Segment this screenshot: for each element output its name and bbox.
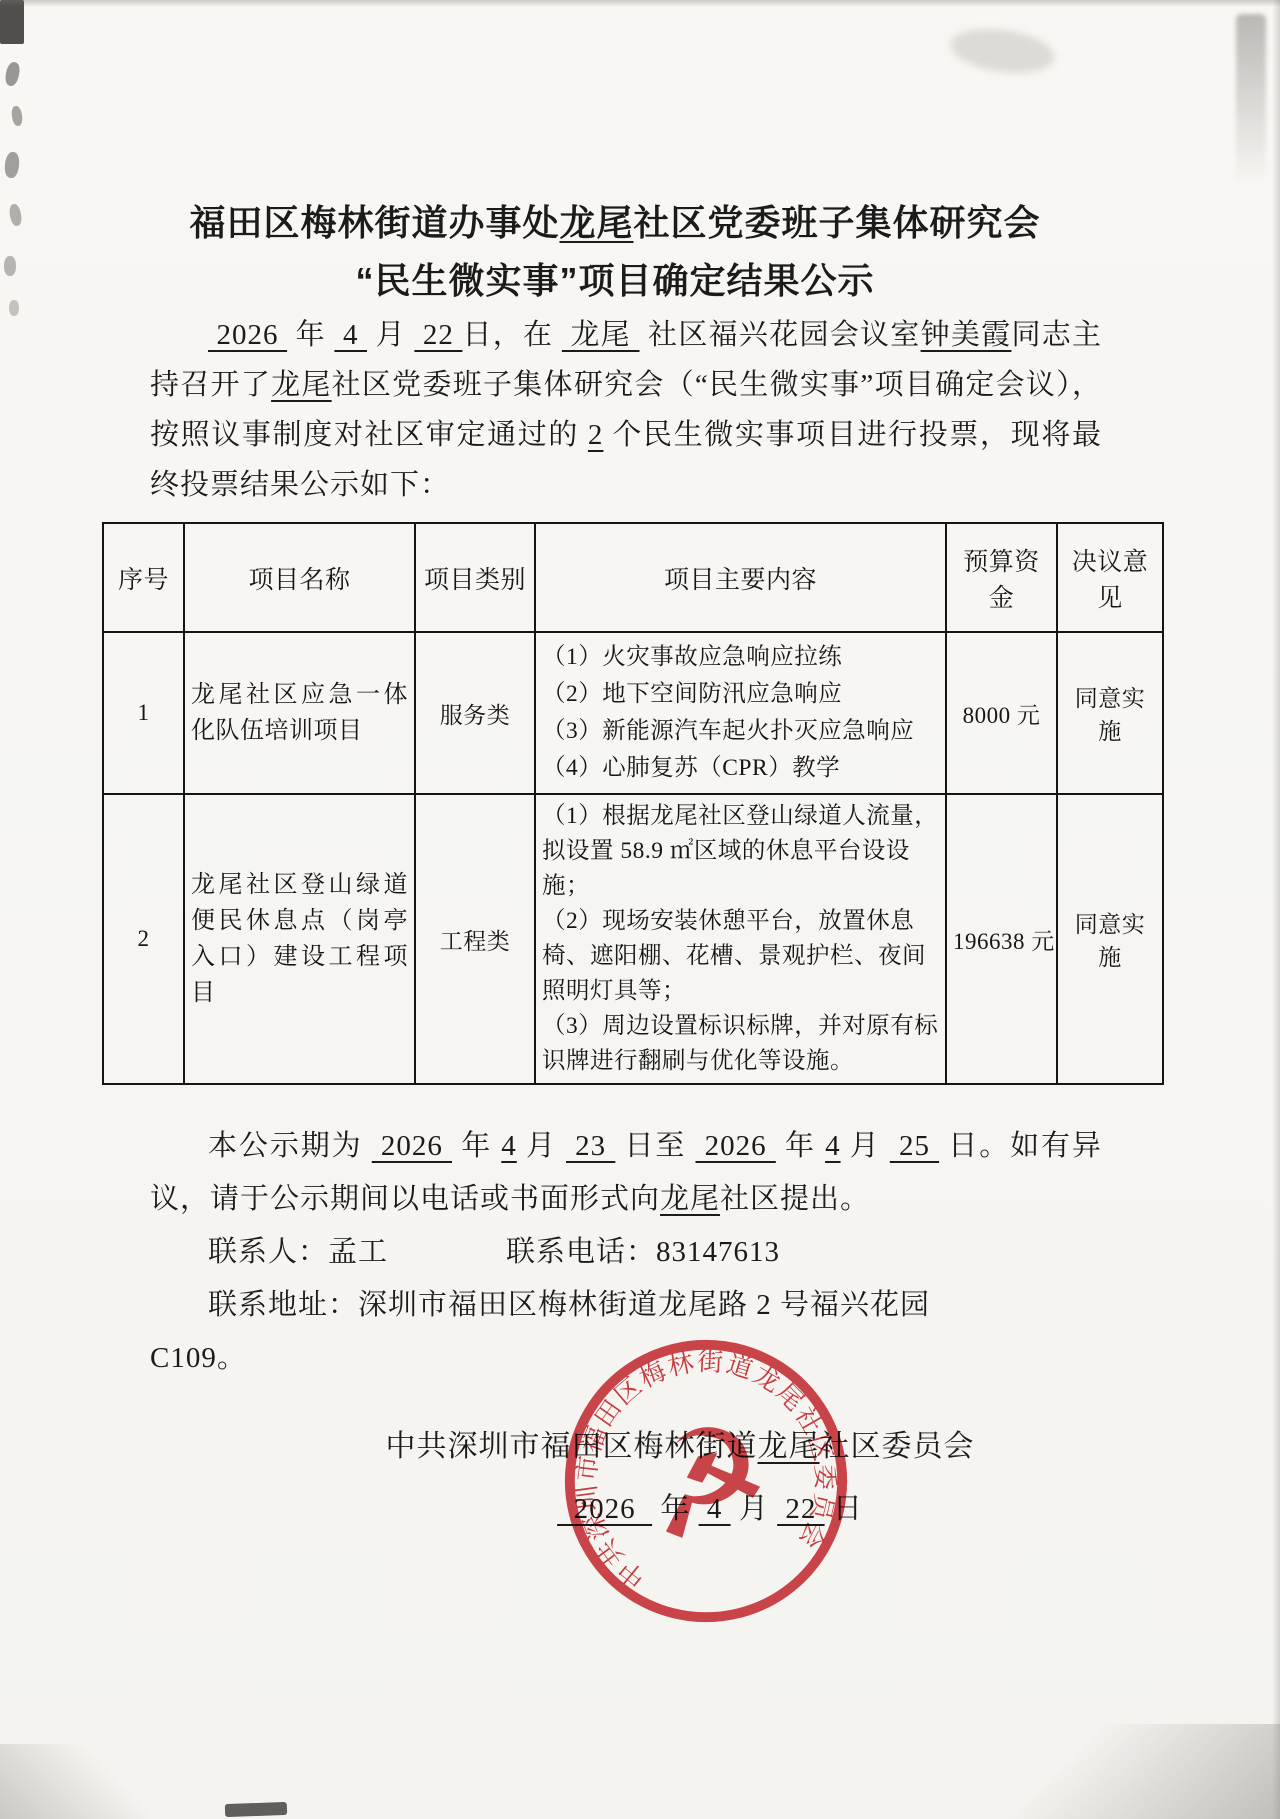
contact-phone: 联系电话：83147613: [506, 1236, 780, 1268]
cell-decision: 同意实施: [1057, 632, 1163, 794]
scan-artifact-mark: [4, 151, 21, 178]
intro-paragraph: 2026 年 4 月 22 日，在 龙尾 社区福兴花园会议室钟美霞同志主持召开了…: [150, 310, 1102, 510]
content-line: （4）心肺复苏（CPR）教学: [542, 750, 939, 787]
bottom-block: 本公示期为 2026 年 4 月 23 日至 2026 年 4 月 25 日。如…: [150, 1120, 1102, 1385]
table-row: 1 龙尾社区应急一体化队伍培训项目 服务类 （1）火灾事故应急响应拉练 （2）地…: [103, 632, 1163, 794]
cell-no: 1: [103, 632, 184, 794]
scan-artifact-corner-block: [0, 0, 24, 44]
header-cell-no: 序号: [103, 523, 184, 632]
cell-category: 工程类: [415, 794, 535, 1084]
content-line: （3）新能源汽车起火扑灭应急响应: [542, 713, 939, 750]
cell-budget: 196638 元: [946, 794, 1057, 1084]
contact-person: 联系人：孟工: [208, 1236, 388, 1268]
cell-project-name: 龙尾社区登山绿道便民休息点（岗亭入口）建设工程项目: [184, 794, 415, 1084]
cell-content: （1）根据龙尾社区登山绿道人流量，拟设置 58.9 ㎡区域的休息平台设设施； （…: [535, 794, 946, 1084]
document-title-line2: “民生微实事”项目确定结果公示: [0, 252, 1230, 310]
cell-project-name: 龙尾社区应急一体化队伍培训项目: [184, 632, 415, 794]
cell-category: 服务类: [415, 632, 535, 794]
content-line: （1）根据龙尾社区登山绿道人流量，拟设置 58.9 ㎡区域的休息平台设设施；: [542, 799, 939, 904]
content-line: （3）周边设置标识标牌，并对原有标识牌进行翻刷与优化等设施。: [542, 1009, 939, 1079]
contact-address-line1: 联系地址：深圳市福田区梅林街道龙尾路 2 号福兴花园: [150, 1279, 1102, 1332]
scanned-notice-page: 福田区梅林街道办事处龙尾社区党委班子集体研究会 “民生微实事”项目确定结果公示 …: [0, 0, 1280, 1819]
header-cell-name: 项目名称: [184, 523, 415, 632]
document-title-line1: 福田区梅林街道办事处龙尾社区党委班子集体研究会: [0, 194, 1230, 252]
scan-artifact-edge: [1272, 0, 1280, 1819]
table-header-row: 序号 项目名称 项目类别 项目主要内容 预算资金 决议意见: [103, 523, 1163, 632]
scan-artifact-corner-shade: [980, 1724, 1280, 1819]
scan-artifact-corner-shade: [0, 1744, 150, 1819]
scan-artifact-smudge: [948, 23, 1058, 79]
scan-artifact-mark: [225, 1802, 287, 1817]
scan-artifact-mark: [11, 105, 24, 126]
header-cell-budget: 预算资金: [946, 523, 1057, 632]
document-title: 福田区梅林街道办事处龙尾社区党委班子集体研究会 “民生微实事”项目确定结果公示: [0, 194, 1230, 310]
cell-budget: 8000 元: [946, 632, 1057, 794]
scan-artifact-mark: [4, 61, 22, 87]
notice-period-paragraph: 本公示期为 2026 年 4 月 23 日至 2026 年 4 月 25 日。如…: [150, 1120, 1102, 1226]
cell-decision: 同意实施: [1057, 794, 1163, 1084]
content-line: （2）现场安装休憩平台，放置休息椅、遮阳棚、花槽、景观护栏、夜间照明灯具等；: [542, 904, 939, 1009]
scan-artifact-streak: [1236, 14, 1266, 184]
header-cell-category: 项目类别: [415, 523, 535, 632]
content-line: （1）火灾事故应急响应拉练: [542, 639, 939, 676]
header-cell-content: 项目主要内容: [535, 523, 946, 632]
hammer-sickle-emblem-icon: ☭: [626, 1389, 787, 1578]
cell-no: 2: [103, 794, 184, 1084]
scan-artifact-edge: [0, 0, 1280, 7]
content-line: （2）地下空间防汛应急响应: [542, 676, 939, 713]
contact-row: 联系人：孟工联系电话：83147613: [150, 1226, 1102, 1279]
cell-content: （1）火灾事故应急响应拉练 （2）地下空间防汛应急响应 （3）新能源汽车起火扑灭…: [535, 632, 946, 794]
projects-table: 序号 项目名称 项目类别 项目主要内容 预算资金 决议意见 1 龙尾社区应急一体…: [102, 522, 1164, 1085]
table-row: 2 龙尾社区登山绿道便民休息点（岗亭入口）建设工程项目 工程类 （1）根据龙尾社…: [103, 794, 1163, 1084]
header-cell-decision: 决议意见: [1057, 523, 1163, 632]
